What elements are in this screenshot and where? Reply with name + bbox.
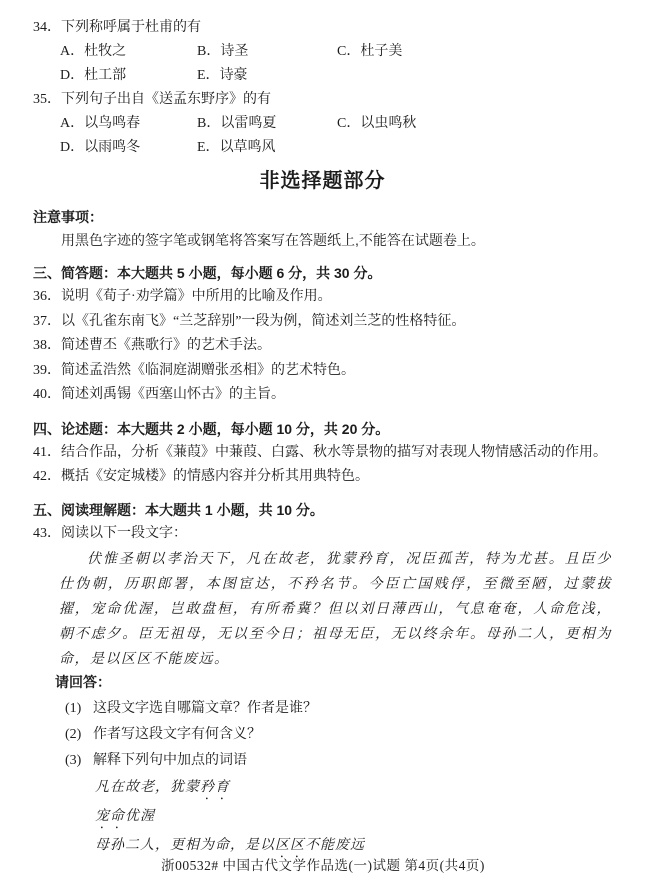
phrase-emphasized: 矜育: [200, 780, 230, 795]
section-three-header: 三、简答题：本大题共 5 小题，每小题 6 分，共 30 分。: [33, 261, 612, 285]
option-label: C．: [337, 116, 360, 131]
phrase-pre: 母孙二人，更相为命，是以: [95, 838, 275, 853]
question-38: 38． 简述曹丕《燕歌行》的艺术手法。: [33, 334, 612, 359]
question-number: 43．: [33, 522, 61, 546]
notice-body: 用黑色字迹的签字笔或钢笔将答案写在答题纸上,不能答在试题卷上。: [33, 229, 612, 252]
option-d: D．以雨鸣冬: [60, 136, 197, 160]
section-five-header: 五、阅读理解题：本大题共 1 小题，共 10 分。: [33, 498, 612, 522]
reading-passage: 伏惟圣朝以孝治天下，凡在故老，犹蒙矜育，况臣孤苦，特为尤甚。且臣少仕伪朝，历职郎…: [59, 547, 612, 672]
choice-question-34: 34． 下列称呼属于杜甫的有 A．杜牧之 B．诗圣 C．杜子美 D．杜工部 E．…: [33, 16, 612, 88]
section-four-questions: 41． 结合作品，分析《蒹葭》中蒹葭、白露、秋水等景物的描写对表现人物情感活动的…: [33, 441, 612, 489]
option-text: 诗圣: [220, 44, 248, 59]
sub-question-label: (3): [65, 748, 93, 774]
question-37: 37． 以《孔雀东南飞》“兰芝辞别”一段为例，简述刘兰芝的性格特征。: [33, 310, 612, 335]
notice-block: 注意事项： 用黑色字迹的签字笔或钢笔将答案写在答题纸上,不能答在试题卷上。: [33, 206, 612, 252]
option-b: B．诗圣: [197, 40, 337, 64]
section-three-questions: 36． 说明《荀子·劝学篇》中所用的比喻及作用。 37． 以《孔雀东南飞》“兰芝…: [33, 285, 612, 408]
question-43: 43． 阅读以下一段文字：: [33, 522, 612, 546]
option-a: A．杜牧之: [60, 40, 197, 64]
notice-title: 注意事项：: [33, 206, 612, 229]
sub-question-text: 作者写这段文字有何含义？: [93, 722, 261, 748]
option-label: E．: [197, 140, 220, 155]
question-number: 39．: [33, 359, 61, 384]
question-text: 以《孔雀东南飞》“兰芝辞别”一段为例，简述刘兰芝的性格特征。: [61, 310, 612, 335]
option-e: E．以草鸣风: [197, 136, 337, 160]
question-36: 36． 说明《荀子·劝学篇》中所用的比喻及作用。: [33, 285, 612, 310]
question-text: 简述曹丕《燕歌行》的艺术手法。: [61, 334, 612, 359]
question-stem: 下列称呼属于杜甫的有: [61, 16, 612, 40]
sub-question-text: 解释下列句中加点的词语: [93, 748, 247, 774]
option-label: B．: [197, 44, 220, 59]
options-row: D．杜工部 E．诗豪: [60, 64, 612, 88]
question-text: 概括《安定城楼》的情感内容并分析其用典特色。: [61, 465, 612, 489]
question-40: 40． 简述刘禹锡《西塞山怀古》的主旨。: [33, 383, 612, 408]
option-c: C．以虫鸣秋: [337, 112, 612, 136]
phrase-post: 优渥: [125, 809, 155, 824]
option-e: E．诗豪: [197, 64, 337, 88]
phrase-post: 不能废远: [305, 838, 365, 853]
option-c: C．杜子美: [337, 40, 612, 64]
option-text: 以雨鸣冬: [84, 140, 140, 155]
option-text: 杜工部: [84, 68, 126, 83]
sub-question-text: 这段文字选自哪篇文章？作者是谁？: [93, 696, 317, 722]
part-heading: 非选择题部分: [33, 166, 612, 196]
option-b: B．以雷鸣夏: [197, 112, 337, 136]
answer-prompt: 请回答：: [55, 672, 612, 696]
question-number: 41．: [33, 441, 61, 465]
phrase-pre: 凡在故老，犹蒙: [95, 780, 200, 795]
choice-question-35: 35． 下列句子出自《送孟东野序》的有 A．以鸟鸣春 B．以雷鸣夏 C．以虫鸣秋…: [33, 88, 612, 160]
option-label: E．: [197, 68, 220, 83]
option-text: 杜子美: [360, 44, 402, 59]
sub-question-1: (1) 这段文字选自哪篇文章？作者是谁？: [65, 696, 612, 722]
question-text: 结合作品，分析《蒹葭》中蒹葭、白露、秋水等景物的描写对表现人物情感活动的作用。: [61, 441, 612, 465]
sub-question-label: (1): [65, 696, 93, 722]
section-four-header: 四、论述题：本大题共 2 小题，每小题 10 分，共 20 分。: [33, 417, 612, 441]
emphasis-phrase-2: 宠命优渥: [95, 803, 612, 832]
question-41: 41． 结合作品，分析《蒹葭》中蒹葭、白露、秋水等景物的描写对表现人物情感活动的…: [33, 441, 612, 465]
option-text: 以雷鸣夏: [220, 116, 276, 131]
question-number: 37．: [33, 310, 61, 335]
question-number: 36．: [33, 285, 61, 310]
option-label: D．: [60, 140, 84, 155]
option-text: 以鸟鸣春: [84, 116, 140, 131]
sub-question-2: (2) 作者写这段文字有何含义？: [65, 722, 612, 748]
option-d: D．杜工部: [60, 64, 197, 88]
phrase-emphasized: 区区: [275, 838, 305, 853]
option-label: B．: [197, 116, 220, 131]
question-stem: 下列句子出自《送孟东野序》的有: [61, 88, 612, 112]
sub-question-3: (3) 解释下列句中加点的词语: [65, 748, 612, 774]
option-text: 以草鸣风: [220, 140, 276, 155]
option-label: D．: [60, 68, 84, 83]
page-footer: 浙00532# 中国古代文学作品选(一)试题 第4页(共4页): [0, 854, 646, 874]
option-text: 以虫鸣秋: [360, 116, 416, 131]
question-text: 阅读以下一段文字：: [61, 522, 612, 546]
sub-question-label: (2): [65, 722, 93, 748]
question-42: 42． 概括《安定城楼》的情感内容并分析其用典特色。: [33, 465, 612, 489]
option-a: A．以鸟鸣春: [60, 112, 197, 136]
options-row: A．杜牧之 B．诗圣 C．杜子美: [60, 40, 612, 64]
option-text: 诗豪: [220, 68, 248, 83]
question-number: 35．: [33, 88, 61, 112]
question-39: 39． 简述孟浩然《临洞庭湖赠张丞相》的艺术特色。: [33, 359, 612, 384]
question-number: 40．: [33, 383, 61, 408]
option-label: C．: [337, 44, 360, 59]
option-label: A．: [60, 116, 84, 131]
options-row: D．以雨鸣冬 E．以草鸣风: [60, 136, 612, 160]
exam-page: 34． 下列称呼属于杜甫的有 A．杜牧之 B．诗圣 C．杜子美 D．杜工部 E．…: [0, 0, 646, 896]
phrase-emphasized: 宠命: [95, 809, 125, 824]
option-label: A．: [60, 44, 84, 59]
options-row: A．以鸟鸣春 B．以雷鸣夏 C．以虫鸣秋: [60, 112, 612, 136]
question-number: 34．: [33, 16, 61, 40]
question-number: 38．: [33, 334, 61, 359]
question-text: 说明《荀子·劝学篇》中所用的比喻及作用。: [61, 285, 612, 310]
question-text: 简述刘禹锡《西塞山怀古》的主旨。: [61, 383, 612, 408]
emphasis-phrase-1: 凡在故老，犹蒙矜育: [95, 774, 612, 803]
option-text: 杜牧之: [84, 44, 126, 59]
question-text: 简述孟浩然《临洞庭湖赠张丞相》的艺术特色。: [61, 359, 612, 384]
question-number: 42．: [33, 465, 61, 489]
